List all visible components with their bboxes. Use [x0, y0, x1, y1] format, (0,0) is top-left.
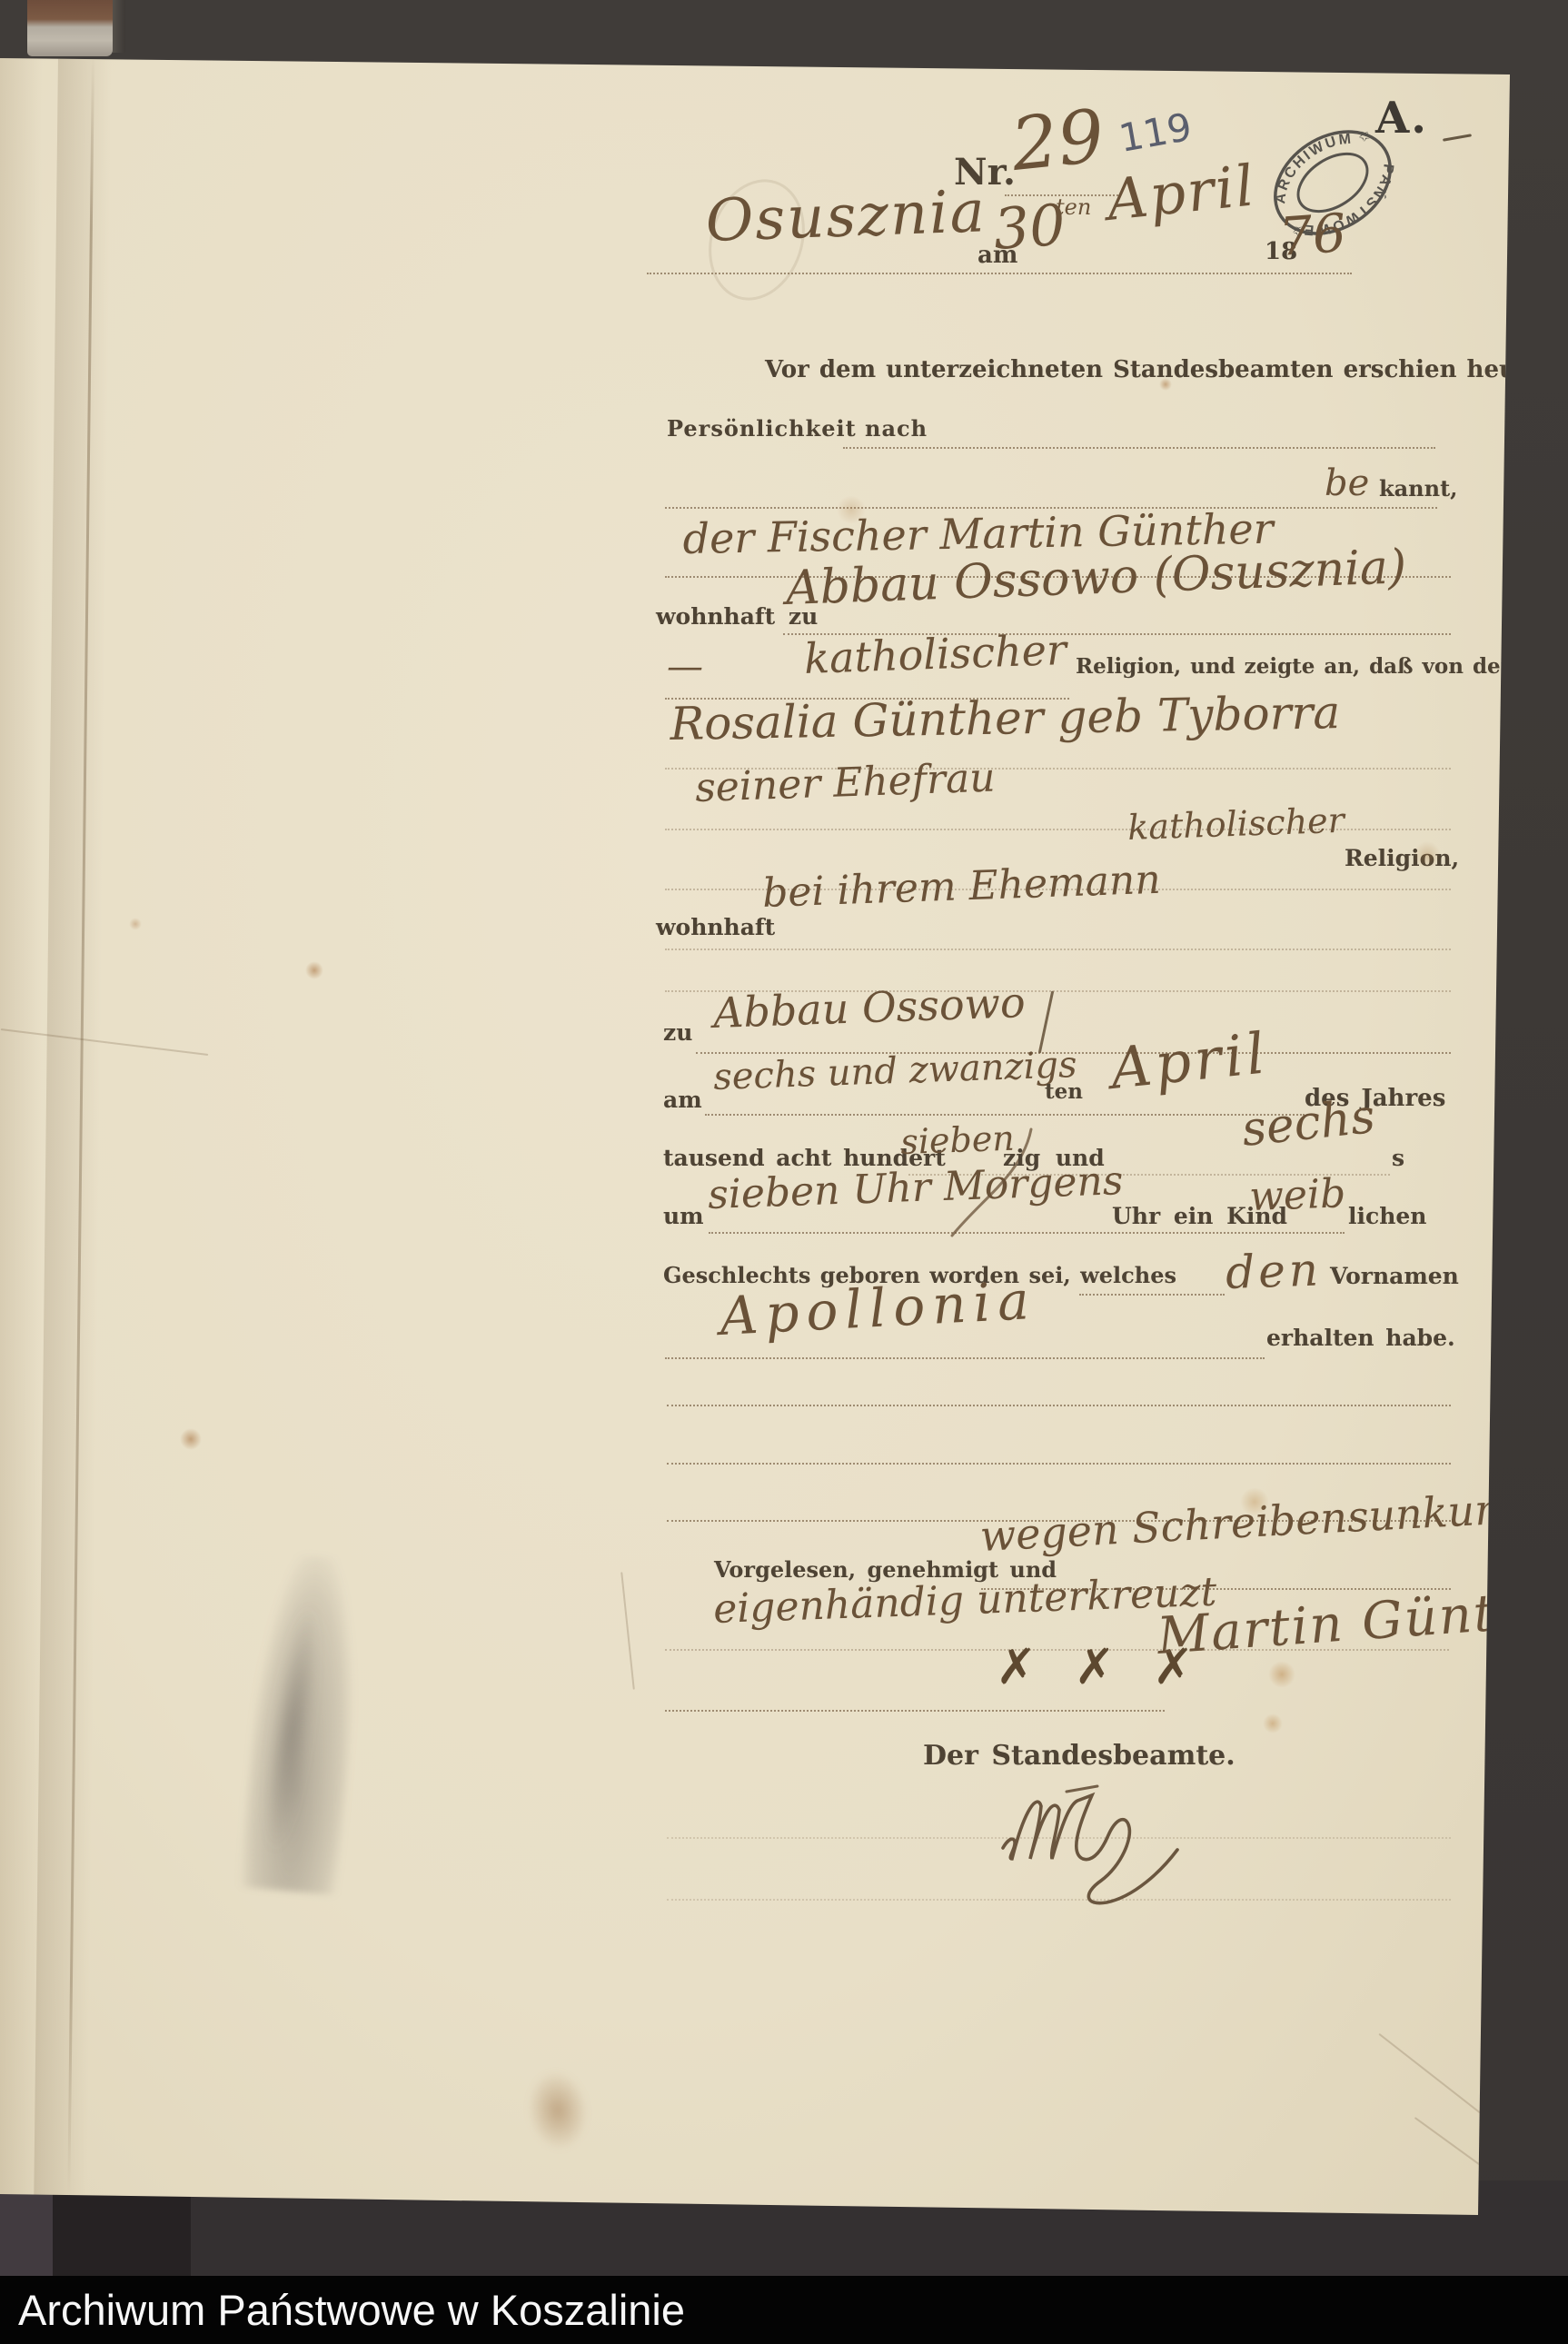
persoenlichkeit-label: Persönlichkeit nach — [667, 418, 928, 440]
paper-crease — [1414, 2117, 1511, 2188]
foxing-spot — [1414, 841, 1441, 869]
s-suffix-label: s — [1392, 1147, 1404, 1169]
paper-crease — [620, 1572, 635, 1689]
dotted-rule — [665, 949, 1451, 950]
child-name-handwritten: Apollonia — [719, 1274, 1037, 1343]
stamp-star-icon: ✩ — [1355, 125, 1374, 145]
year-unit-handwritten: sechs — [1240, 1093, 1377, 1154]
birth-month-handwritten: April — [1108, 1025, 1271, 1098]
day-suffix-handwritten: ten — [1056, 196, 1091, 218]
kannt-label: kannt, — [1379, 478, 1458, 500]
document-page: Nr. 29 119 A. ARCHIWUM PAŃSTWOWE ✩ ✩ Osu… — [0, 0, 1568, 2344]
religion-label: Religion, — [1345, 847, 1459, 869]
foxing-spot — [1268, 1661, 1295, 1688]
gender-handwritten: weib — [1248, 1174, 1345, 1217]
declarant-name-handwritten: Martin Günther — [1156, 1582, 1568, 1663]
relation-handwritten: seiner Ehefrau — [694, 758, 996, 809]
entry-number-handwritten: 29 — [1008, 100, 1108, 182]
dotted-rule — [705, 1114, 1305, 1116]
registrar-signature — [990, 1764, 1263, 1919]
dash-handwritten: — — [667, 649, 703, 685]
dotted-rule — [1079, 1294, 1225, 1296]
article-handwritten: den — [1225, 1246, 1322, 1296]
foxing-spot — [1239, 1488, 1270, 1515]
pencil-page-number: 119 — [1116, 108, 1195, 158]
bekannt-prefix-handwritten: be — [1325, 465, 1369, 502]
birth-day-handwritten: sechs und zwanzigs — [713, 1047, 1078, 1096]
dotted-rule — [665, 1710, 1165, 1712]
foxing-spot — [1263, 1713, 1283, 1733]
foxing-spot — [180, 1428, 202, 1450]
birth-place-handwritten: Abbau Ossowo — [712, 981, 1026, 1034]
pen-dash-mark — [1443, 134, 1472, 142]
religion-father-handwritten: katholischer — [803, 629, 1067, 680]
erhalten-habe-label: erhalten habe. — [1266, 1326, 1455, 1349]
mother-name-handwritten: Rosalia Günther geb Tyborra — [670, 690, 1341, 747]
lichen-label: lichen — [1348, 1205, 1426, 1227]
dotted-rule — [667, 1405, 1451, 1406]
book-spine-fragment — [27, 0, 113, 56]
religion-anzeige-label: Religion, und zeigte an, daß von der — [1076, 656, 1512, 677]
form-letter-a: A. — [1375, 96, 1428, 140]
archive-scan-viewport: Nr. 29 119 A. ARCHIWUM PAŃSTWOWE ✩ ✩ Osu… — [0, 0, 1568, 2344]
birth-time-handwritten: sieben Uhr Morgens — [707, 1161, 1124, 1216]
year-tens-handwritten: 76 — [1277, 206, 1348, 263]
paper-crease — [1378, 2033, 1501, 2130]
dotted-rule — [665, 1357, 1265, 1359]
month-handwritten: April — [1105, 157, 1258, 229]
vornamen-label: Vornamen — [1330, 1265, 1459, 1287]
dotted-rule — [667, 1463, 1451, 1465]
um-label: um — [663, 1205, 704, 1227]
page-block-shadow — [53, 2188, 191, 2279]
year-decade-handwritten: sieben — [900, 1121, 1016, 1159]
religion-mother-handwritten: katholischer — [1127, 803, 1345, 845]
foxing-spot — [129, 918, 142, 930]
archive-caption-bar: Archiwum Państwowe w Koszalinie — [0, 2276, 1568, 2344]
book-spine-edge — [113, 0, 125, 53]
foxing-spot — [836, 496, 867, 523]
foxing-spot — [305, 961, 323, 979]
dotted-rule — [843, 447, 1435, 449]
foxing-spot — [1159, 378, 1172, 391]
ten-label: ten — [1045, 1081, 1083, 1102]
scan-background-corner — [0, 2188, 53, 2279]
archive-caption-text: Archiwum Państwowe w Koszalinie — [18, 2276, 685, 2344]
fingerprint-stain — [523, 2068, 591, 2153]
zu-label: zu — [663, 1021, 692, 1044]
residence-mother-handwritten: bei ihrem Ehemann — [761, 860, 1161, 914]
wohnhaft-label: wohnhaft — [656, 916, 775, 939]
am-label-2: am — [663, 1088, 702, 1111]
